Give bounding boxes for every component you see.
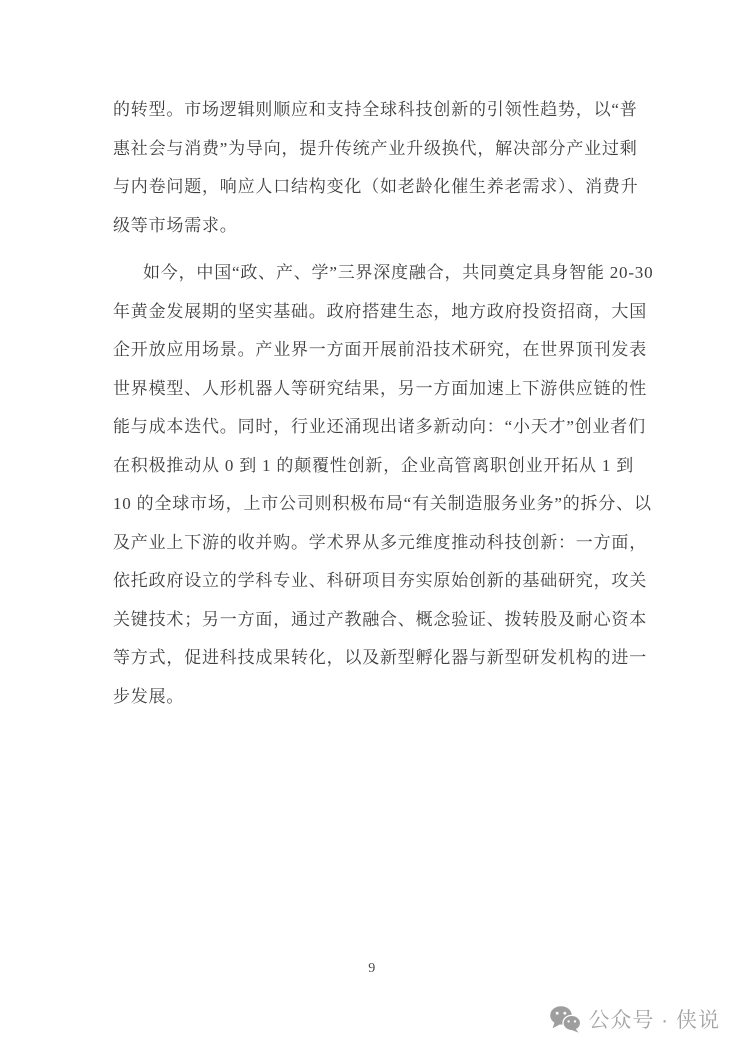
watermark-text: 公众号 · 侠说 — [588, 1004, 720, 1034]
text-line: 依托政府设立的学科专业、科研项目夯实原始创新的基础研究，攻关 — [113, 562, 631, 601]
text-line: 惠社会与消费”为导向，提升传统产业升级换代，解决部分产业过剩 — [113, 130, 631, 169]
text-line: 如今，中国“政、产、学”三界深度融合，共同奠定具身智能 20-30 — [113, 254, 631, 293]
text-line: 10 的全球市场，上市公司则积极布局“有关制造服务业务”的拆分、以 — [113, 485, 631, 524]
text-line: 与内卷问题，响应人口结构变化（如老龄化催生养老需求）、消费升 — [113, 168, 631, 207]
text-line: 步发展。 — [113, 678, 631, 717]
watermark: 公众号 · 侠说 — [549, 1004, 720, 1034]
text-line: 及产业上下游的收并购。学术界从多元维度推动科技创新：一方面， — [113, 524, 631, 563]
body-text: 的转型。市场逻辑则顺应和支持全球科技创新的引领性趋势，以“普 惠社会与消费”为导… — [113, 91, 631, 716]
text-line: 世界模型、人形机器人等研究结果，另一方面加速上下游供应链的性 — [113, 370, 631, 409]
text-line: 年黄金发展期的坚实基础。政府搭建生态，地方政府投资招商，大国 — [113, 293, 631, 332]
text-line: 级等市场需求。 — [113, 207, 631, 246]
paragraph: 的转型。市场逻辑则顺应和支持全球科技创新的引领性趋势，以“普 惠社会与消费”为导… — [113, 91, 631, 245]
document-page: 的转型。市场逻辑则顺应和支持全球科技创新的引领性趋势，以“普 惠社会与消费”为导… — [0, 0, 744, 1052]
text-line: 的转型。市场逻辑则顺应和支持全球科技创新的引领性趋势，以“普 — [113, 91, 631, 130]
text-line: 在积极推动从 0 到 1 的颠覆性创新，企业高管离职创业开拓从 1 到 — [113, 447, 631, 486]
text-line: 能与成本迭代。同时，行业还涌现出诸多新动向：“小天才”创业者们 — [113, 408, 631, 447]
page-number: 9 — [0, 961, 744, 977]
text-line: 等方式，促进科技成果转化，以及新型孵化器与新型研发机构的进一 — [113, 639, 631, 678]
wechat-icon — [549, 1005, 581, 1033]
paragraph: 如今，中国“政、产、学”三界深度融合，共同奠定具身智能 20-30 年黄金发展期… — [113, 254, 631, 716]
text-line: 关键技术；另一方面，通过产教融合、概念验证、拨转股及耐心资本 — [113, 601, 631, 640]
text-line: 企开放应用场景。产业界一方面开展前沿技术研究，在世界顶刊发表 — [113, 331, 631, 370]
